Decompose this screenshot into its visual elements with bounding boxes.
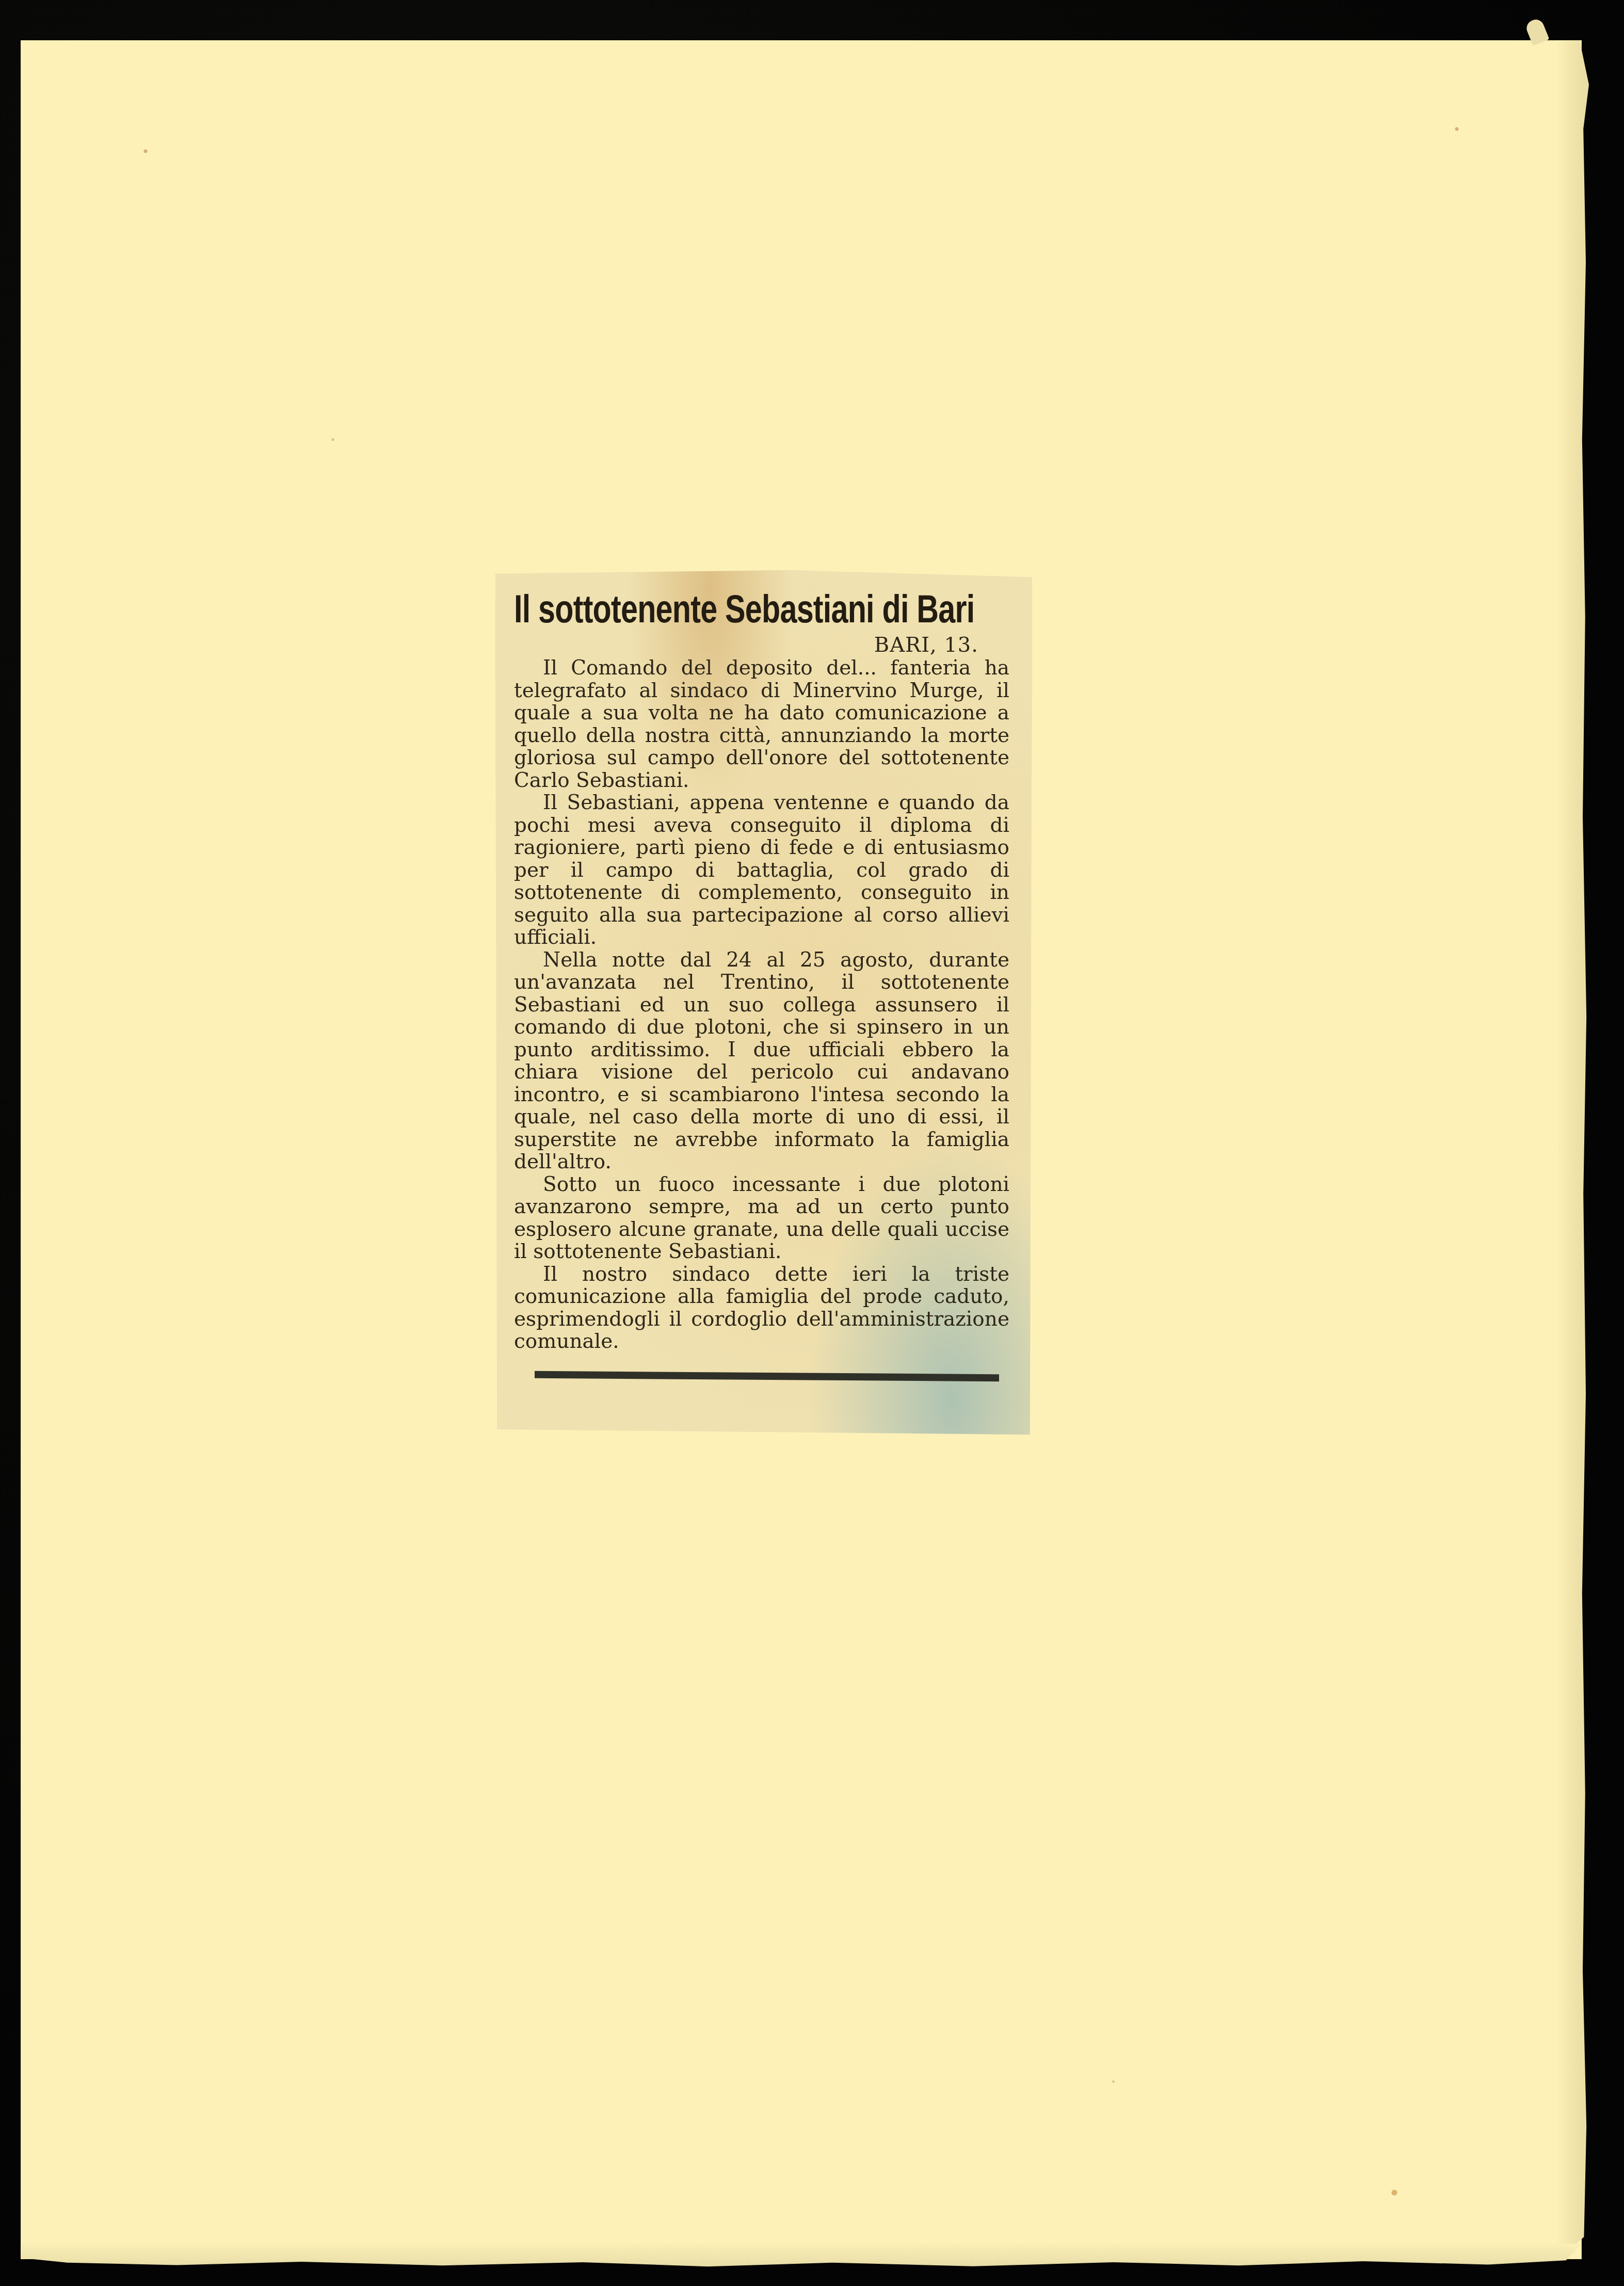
- paragraph: Il nostro sindaco dette ieri la triste c…: [514, 1263, 1009, 1353]
- paper-tab-flap: [1524, 17, 1550, 45]
- newspaper-clipping: Il sottotenente Sebastiani di Bari BARI,…: [495, 570, 1032, 1435]
- paragraph: Nella notte dal 24 al 25 agosto, durante…: [514, 949, 1009, 1173]
- clipping-body: Il Comando del deposito del... fanteria …: [514, 657, 1009, 1353]
- clipping-headline: Il sottotenente Sebastiani di Bari: [514, 590, 901, 629]
- paragraph: Il Comando del deposito del... fanteria …: [514, 657, 1009, 792]
- clipping-dateline: BARI, 13.: [514, 633, 978, 657]
- deckled-bottom-edge: [21, 2244, 1582, 2267]
- closing-rule: [535, 1371, 999, 1381]
- paragraph: Il Sebastiani, appena ventenne e quando …: [514, 792, 1009, 949]
- deckled-right-edge: [1558, 40, 1589, 2259]
- mounting-page: Il sottotenente Sebastiani di Bari BARI,…: [21, 40, 1582, 2259]
- paragraph: Sotto un fuoco incessante i due plotoni …: [514, 1173, 1009, 1263]
